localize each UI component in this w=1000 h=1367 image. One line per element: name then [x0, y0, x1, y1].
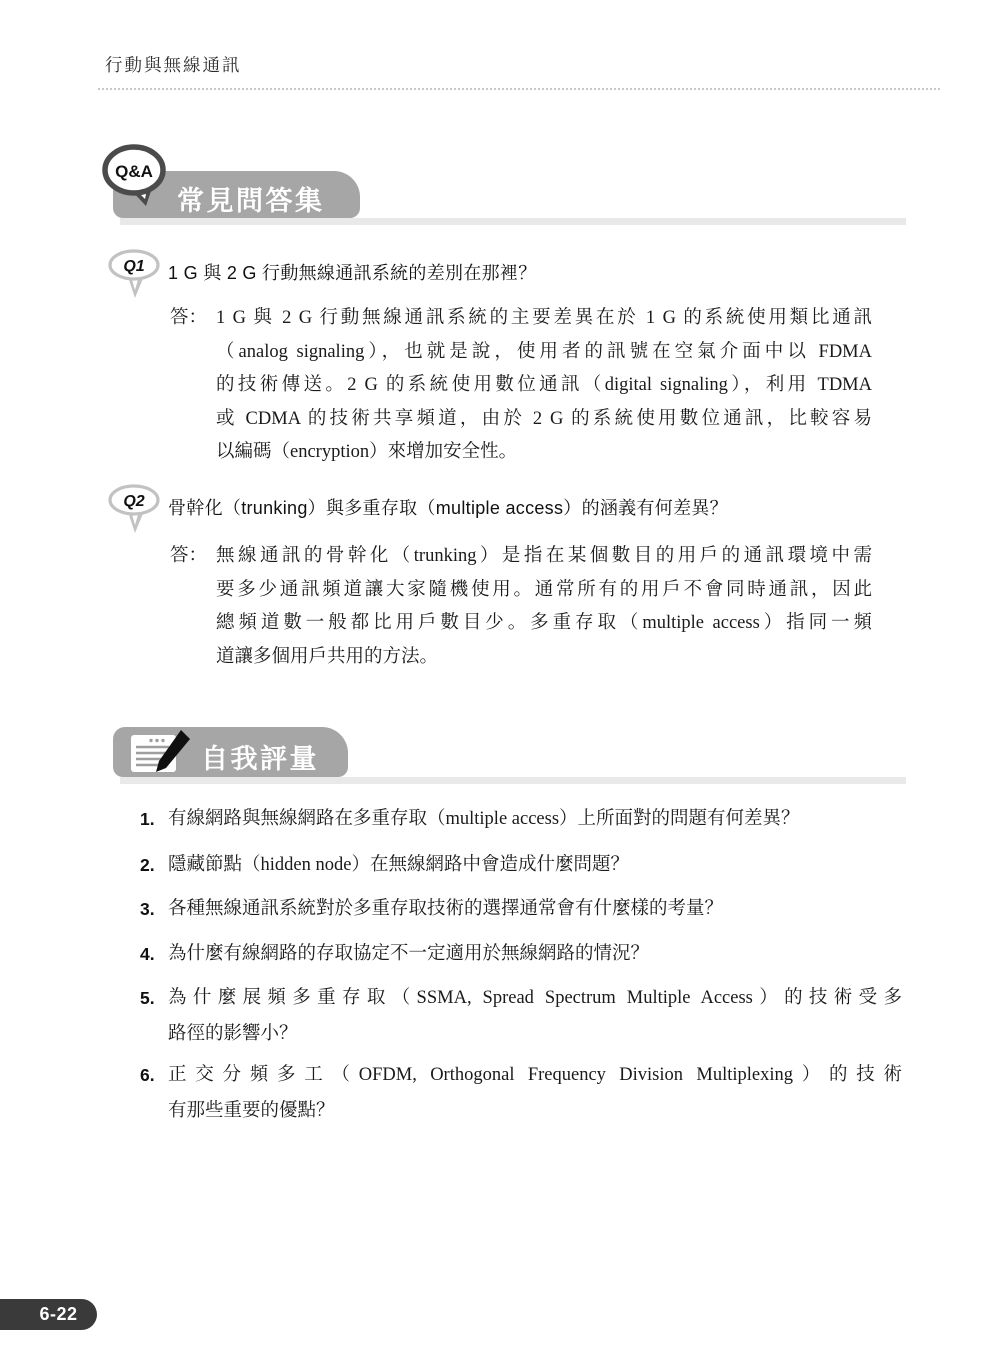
q1-answer: 答： 1 G 與 2 G 行動無線通訊系統的主要差異在於 1 G 的系統使用類比…	[170, 302, 872, 470]
item-number: 5.	[140, 985, 155, 1011]
item-text: 隱藏節點（hidden node）在無線網路中會造成什麼問題？	[168, 852, 902, 878]
assessment-item-3: 3. 各種無線通訊系統對於多重存取技術的選擇通常會有什麼樣的考量？	[140, 896, 902, 922]
item-text: 為什麼展頻多重存取（SSMA, Spread Spectrum Multiple…	[168, 985, 902, 1011]
assessment-item-1: 1. 有線網路與無線網路在多重存取（multiple access）上所面對的問…	[140, 806, 902, 832]
page-number-badge: 6-22	[0, 1299, 97, 1330]
q1-question-text: 1 G 與 2 G 行動無線通訊系統的差別在那裡？	[168, 259, 537, 285]
assessment-item-6: 6. 正交分頻多工（OFDM, Orthogonal Frequency Div…	[140, 1062, 902, 1124]
item-text: 各種無線通訊系統對於多重存取技術的選擇通常會有什麼樣的考量？	[168, 896, 902, 922]
qa-banner-underbar	[120, 218, 906, 225]
answer-line: 或 CDMA 的技術共享頻道，由於 2 G 的系統使用數位通訊，比較容易	[216, 403, 872, 437]
assessment-banner-underbar	[120, 777, 906, 784]
page-header-title: 行動與無線通訊	[105, 52, 242, 77]
item-text: 正交分頻多工（OFDM, Orthogonal Frequency Divisi…	[168, 1062, 902, 1088]
item-number: 6.	[140, 1062, 155, 1088]
q2-answer-label: 答：	[170, 540, 207, 574]
assessment-section-banner: 自我評量	[113, 727, 348, 777]
q2-answer: 答： 無線通訊的骨幹化（trunking）是指在某個數目的用戶的通訊環境中需 要…	[170, 540, 872, 674]
qa-section-title: 常見問答集	[177, 179, 325, 218]
item-number: 4.	[140, 941, 155, 967]
qa-speech-bubble-icon: Q&A	[100, 144, 176, 208]
q2-badge-icon: Q2	[106, 484, 164, 536]
page-number: 6-22	[39, 1304, 77, 1325]
answer-line: 總頻道數一般都比用戶數目少。多重存取（multiple access）指同一頻	[216, 607, 872, 641]
answer-line: 無線通訊的骨幹化（trunking）是指在某個數目的用戶的通訊環境中需	[216, 540, 872, 574]
item-number: 1.	[140, 806, 155, 832]
answer-line: 的技術傳送。2 G 的系統使用數位通訊（digital signaling），利…	[216, 369, 872, 403]
q1-answer-label: 答：	[170, 302, 207, 336]
assessment-item-4: 4. 為什麼有線網路的存取協定不一定適用於無線網路的情況？	[140, 941, 902, 967]
assessment-section-title: 自我評量	[201, 737, 319, 776]
q1-badge-label: Q1	[123, 258, 144, 275]
answer-line: 以編碼（encryption）來增加安全性。	[216, 436, 872, 470]
header-divider	[98, 88, 940, 90]
assessment-item-5: 5. 為什麼展頻多重存取（SSMA, Spread Spectrum Multi…	[140, 985, 902, 1047]
item-text: 路徑的影響小？	[168, 1021, 902, 1047]
answer-line: 要多少通訊頻道讓大家隨機使用。通常所有的用戶不會同時通訊，因此	[216, 574, 872, 608]
assessment-item-2: 2. 隱藏節點（hidden node）在無線網路中會造成什麼問題？	[140, 852, 902, 878]
answer-line: 道讓多個用戶共用的方法。	[216, 641, 872, 675]
answer-line: 1 G 與 2 G 行動無線通訊系統的主要差異在於 1 G 的系統使用類比通訊	[216, 302, 872, 336]
item-text: 為什麼有線網路的存取協定不一定適用於無線網路的情況？	[168, 941, 902, 967]
item-number: 3.	[140, 896, 155, 922]
item-text: 有線網路與無線網路在多重存取（multiple access）上所面對的問題有何…	[168, 806, 902, 832]
q2-badge-label: Q2	[123, 493, 144, 510]
q2-question-text: 骨幹化（trunking）與多重存取（multiple access）的涵義有何…	[168, 494, 728, 520]
qa-bubble-label: Q&A	[115, 162, 153, 181]
q2-answer-lines: 無線通訊的骨幹化（trunking）是指在某個數目的用戶的通訊環境中需 要多少通…	[216, 540, 872, 674]
book-page: 行動與無線通訊 常見問答集 Q&A Q1 1 G 與 2 G 行動無線通訊系統的…	[0, 0, 1000, 1367]
answer-line: （analog signaling），也就是說，使用者的訊號在空氣介面中以 FD…	[216, 336, 872, 370]
item-number: 2.	[140, 852, 155, 878]
q1-answer-lines: 1 G 與 2 G 行動無線通訊系統的主要差異在於 1 G 的系統使用類比通訊 …	[216, 302, 872, 470]
item-text: 有那些重要的優點？	[168, 1098, 902, 1124]
q1-badge-icon: Q1	[106, 249, 164, 301]
notes-pencil-icon	[129, 730, 193, 776]
